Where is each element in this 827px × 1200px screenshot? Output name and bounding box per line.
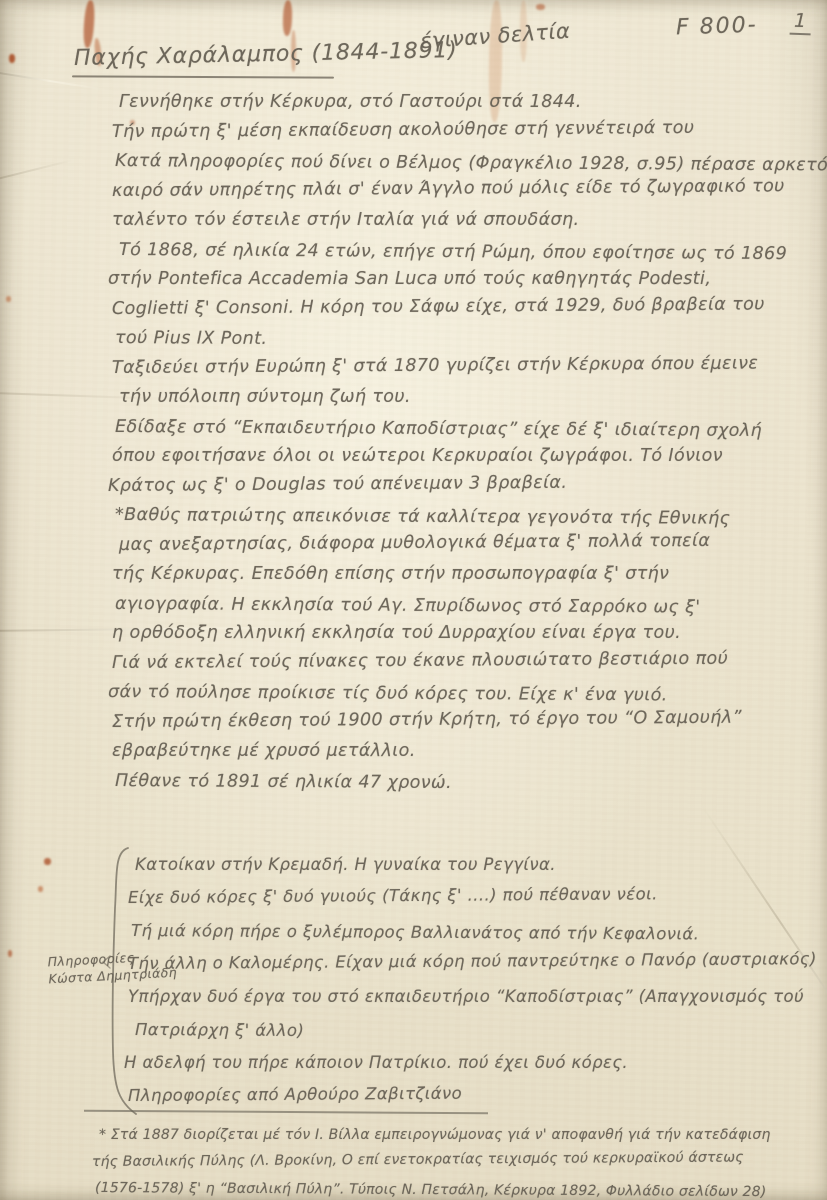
handwritten-line: Κράτος ως ξ' ο Douglas τού απένειμαν 3 β… — [108, 466, 827, 501]
handwritten-line: Τήν πρώτη ξ' μέση εκπαίδευση ακολούθησε … — [112, 113, 827, 147]
rust-stain — [9, 54, 15, 63]
handwritten-line: (1576-1578) ξ' η “Βασιλική Πύλη”. Τύποις… — [95, 1175, 771, 1200]
handwritten-line: Τήν άλλη ο Καλομέρης. Είχαν μιά κόρη πού… — [128, 942, 817, 980]
paper-crease — [0, 159, 73, 182]
handwritten-line: Πατριάρχη ξ' άλλο) — [135, 1013, 817, 1050]
rust-stain — [38, 886, 43, 892]
footnote-text: * Στά 1887 διορίζεται μέ τόν Ι. Βίλλα εμ… — [92, 1122, 771, 1200]
handwritten-line: τής Βασιλικής Πύλης (Λ. Βροκίνη, Ο επί ε… — [92, 1144, 771, 1175]
handwritten-line: Είχε δυό κόρες ξ' δυό γυιούς (Τάκης ξ' .… — [128, 876, 817, 914]
page-title: Παχής Χαράλαμπος (1844-1891) — [74, 38, 458, 71]
rust-stain — [82, 0, 95, 48]
rust-stain — [282, 0, 292, 36]
handwritten-line: τής Κέρκυρας. Επεδόθη επίσης στήν προσωπ… — [112, 560, 827, 590]
handwritten-line: μας ανεξαρτησίας, διάφορα μυθολογικά θέμ… — [119, 526, 827, 560]
rust-stain — [536, 4, 545, 10]
handwritten-line: τήν υπόλοιπη σύντομη ζωή του. — [119, 383, 827, 413]
handwritten-line: καιρό σάν υπηρέτης πλάι σ' έναν Άγγλο πο… — [112, 172, 827, 206]
page-number: 1 — [790, 10, 811, 36]
handwritten-line: Στήν πρώτη έκθεση τού 1900 στήν Κρήτη, τ… — [112, 703, 827, 737]
rust-stain — [44, 858, 51, 865]
handwritten-line: Γιά νά εκτελεί τούς πίνακες του έκανε πλ… — [112, 644, 827, 678]
document-page: F 800- 1 έγιναν δελτία Παχής Χαράλαμπος … — [0, 0, 827, 1200]
handwritten-line: Εδίδαξε στό “Εκπαιδευτήριο Καποδίστριας”… — [115, 413, 827, 447]
rust-stain — [8, 950, 12, 957]
family-notes-text: Κατοίκαν στήν Κρεμαδή. Η γυναίκα του Ρεγ… — [128, 848, 817, 1112]
handwritten-line: Πληροφορίες από Αρθούρο Ζαβιτζιάνο — [128, 1074, 817, 1112]
handwritten-line: Ταξιδεύει στήν Ευρώπη ξ' στά 1870 γυρίζε… — [112, 349, 827, 383]
handwritten-line: αγιογραφία. Η εκκλησία τού Αγ. Σπυρίδωνο… — [115, 590, 827, 624]
biography-text: Γεννήθηκε στήν Κέρκυρα, στό Γαστούρι στά… — [112, 88, 827, 796]
handwritten-line: Πέθανε τό 1891 σέ ηλικία 47 χρονώ. — [115, 767, 827, 801]
handwritten-line: ταλέντο τόν έστειλε στήν Ιταλία γιά νά σ… — [112, 206, 827, 236]
title-underline — [72, 75, 334, 79]
archival-code: F 800- — [676, 13, 758, 41]
handwritten-line: Coglietti ξ' Consoni. Η κόρη του Σάφω εί… — [112, 290, 827, 324]
paper-crease — [0, 71, 109, 92]
rust-stain — [6, 296, 11, 302]
handwritten-line: εβραβεύτηκε μέ χρυσό μετάλλιο. — [112, 737, 827, 767]
handwritten-line: Τό 1868, σέ ηλικία 24 ετών, επήγε στή Ρώ… — [119, 236, 827, 270]
handwritten-line: Υπήρχαν δυό έργα του στό εκπαιδευτήριο “… — [128, 980, 817, 1013]
